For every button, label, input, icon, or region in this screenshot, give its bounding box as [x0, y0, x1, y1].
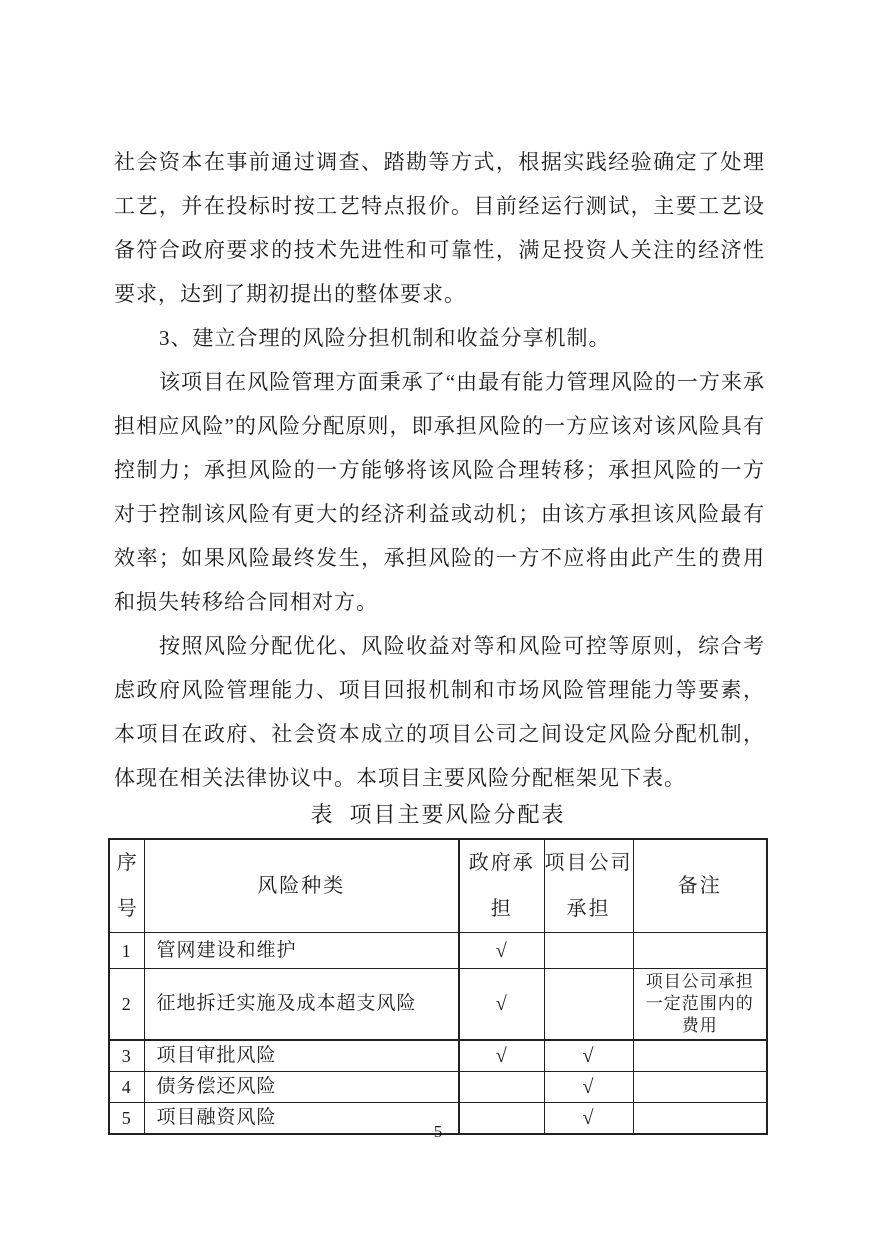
risk-table-header: 序号 风险种类 政府承担 项目公司承担 备注 — [109, 839, 767, 933]
column-header-gov: 政府承担 — [459, 839, 544, 933]
row-no: 1 — [109, 933, 144, 969]
row-gov-check — [459, 1072, 544, 1103]
header-row: 序号 风险种类 政府承担 项目公司承担 备注 — [109, 839, 767, 933]
row-spv-check — [544, 969, 633, 1041]
risk-allocation-table: 序号 风险种类 政府承担 项目公司承担 备注 1 管网建设和维护 √ 2 征地拆… — [108, 838, 768, 1135]
table-row: 2 征地拆迁实施及成本超支风险 √ 项目公司承担一定范围内的费用 — [109, 969, 767, 1041]
row-risk: 征地拆迁实施及成本超支风险 — [144, 969, 459, 1041]
row-risk: 管网建设和维护 — [144, 933, 459, 969]
row-note — [633, 933, 767, 969]
row-spv-check: √ — [544, 1040, 633, 1072]
row-note: 项目公司承担一定范围内的费用 — [633, 969, 767, 1041]
page-number: 5 — [0, 1122, 876, 1142]
table-row: 3 项目审批风险 √ √ — [109, 1040, 767, 1072]
row-risk: 项目审批风险 — [144, 1040, 459, 1072]
column-header-spv: 项目公司承担 — [544, 839, 633, 933]
column-header-risk: 风险种类 — [144, 839, 459, 933]
row-no: 3 — [109, 1040, 144, 1072]
row-note — [633, 1040, 767, 1072]
paragraph: 社会资本在事前通过调查、踏勘等方式，根据实践经验确定了处理工艺，并在投标时按工艺… — [114, 140, 765, 316]
document-page: 社会资本在事前通过调查、踏勘等方式，根据实践经验确定了处理工艺，并在投标时按工艺… — [0, 0, 876, 1239]
paragraph: 3、建立合理的风险分担机制和收益分享机制。 — [114, 316, 765, 360]
paragraph: 按照风险分配优化、风险收益对等和风险可控等原则，综合考虑政府风险管理能力、项目回… — [114, 624, 765, 800]
column-header-note: 备注 — [633, 839, 767, 933]
row-risk: 债务偿还风险 — [144, 1072, 459, 1103]
risk-table-body: 1 管网建设和维护 √ 2 征地拆迁实施及成本超支风险 √ 项目公司承担一定范围… — [109, 933, 767, 1135]
row-gov-check: √ — [459, 933, 544, 969]
row-gov-check: √ — [459, 1040, 544, 1072]
paragraph: 该项目在风险管理方面秉承了“由最有能力管理风险的一方来承担相应风险”的风险分配原… — [114, 360, 765, 624]
row-note — [633, 1072, 767, 1103]
table-row: 1 管网建设和维护 √ — [109, 933, 767, 969]
table-row: 4 债务偿还风险 √ — [109, 1072, 767, 1103]
body-text: 社会资本在事前通过调查、踏勘等方式，根据实践经验确定了处理工艺，并在投标时按工艺… — [114, 140, 765, 800]
row-spv-check — [544, 933, 633, 969]
column-header-no: 序号 — [109, 839, 144, 933]
row-no: 4 — [109, 1072, 144, 1103]
row-gov-check: √ — [459, 969, 544, 1041]
row-spv-check: √ — [544, 1072, 633, 1103]
row-no: 2 — [109, 969, 144, 1041]
table-title: 表 项目主要风险分配表 — [0, 798, 876, 832]
